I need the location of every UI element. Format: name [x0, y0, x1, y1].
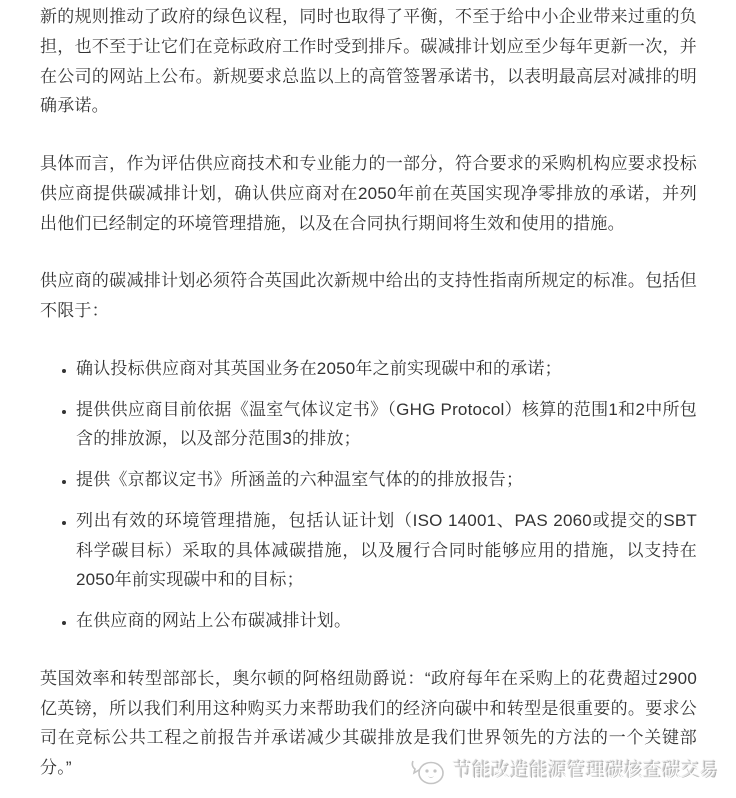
- list-item-ghg-protocol: 提供供应商目前依据《温室气体议定书》（GHG Protocol）核算的范围1和2…: [76, 395, 697, 455]
- list-item-commitment: 确认投标供应商对其英国业务在2050年之前实现碳中和的承诺；: [76, 354, 697, 384]
- requirements-list: 确认投标供应商对其英国业务在2050年之前实现碳中和的承诺； 提供供应商目前依据…: [40, 354, 697, 636]
- article-body: 新的规则推动了政府的绿色议程，同时也取得了平衡，不至于给中小企业带来过重的负担，…: [0, 0, 736, 783]
- brand-logo-icon: [409, 756, 447, 788]
- paragraph-standards-intro: 供应商的碳减排计划必须符合英国此次新规中给出的支持性指南所规定的标准。包括但不限…: [40, 266, 697, 326]
- paragraph-specifics: 具体而言，作为评估供应商技术和专业能力的一部分，符合要求的采购机构应要求投标供应…: [40, 149, 697, 238]
- list-item-management-measures: 列出有效的环境管理措施，包括认证计划（ISO 14001、PAS 2060或提交…: [76, 506, 697, 595]
- watermark: 节能改造能源管理碳核查碳交易: [409, 756, 720, 788]
- watermark-text: 节能改造能源管理碳核查碳交易: [454, 756, 720, 788]
- article-page: 新的规则推动了政府的绿色议程，同时也取得了平衡，不至于给中小企业带来过重的负担，…: [0, 0, 736, 798]
- list-item-kyoto-gases: 提供《京都议定书》所涵盖的六种温室气体的的排放报告；: [76, 465, 697, 495]
- list-item-publish-plan: 在供应商的网站上公布碳减排计划。: [76, 606, 697, 636]
- paragraph-new-rules: 新的规则推动了政府的绿色议程，同时也取得了平衡，不至于给中小企业带来过重的负担，…: [40, 2, 697, 121]
